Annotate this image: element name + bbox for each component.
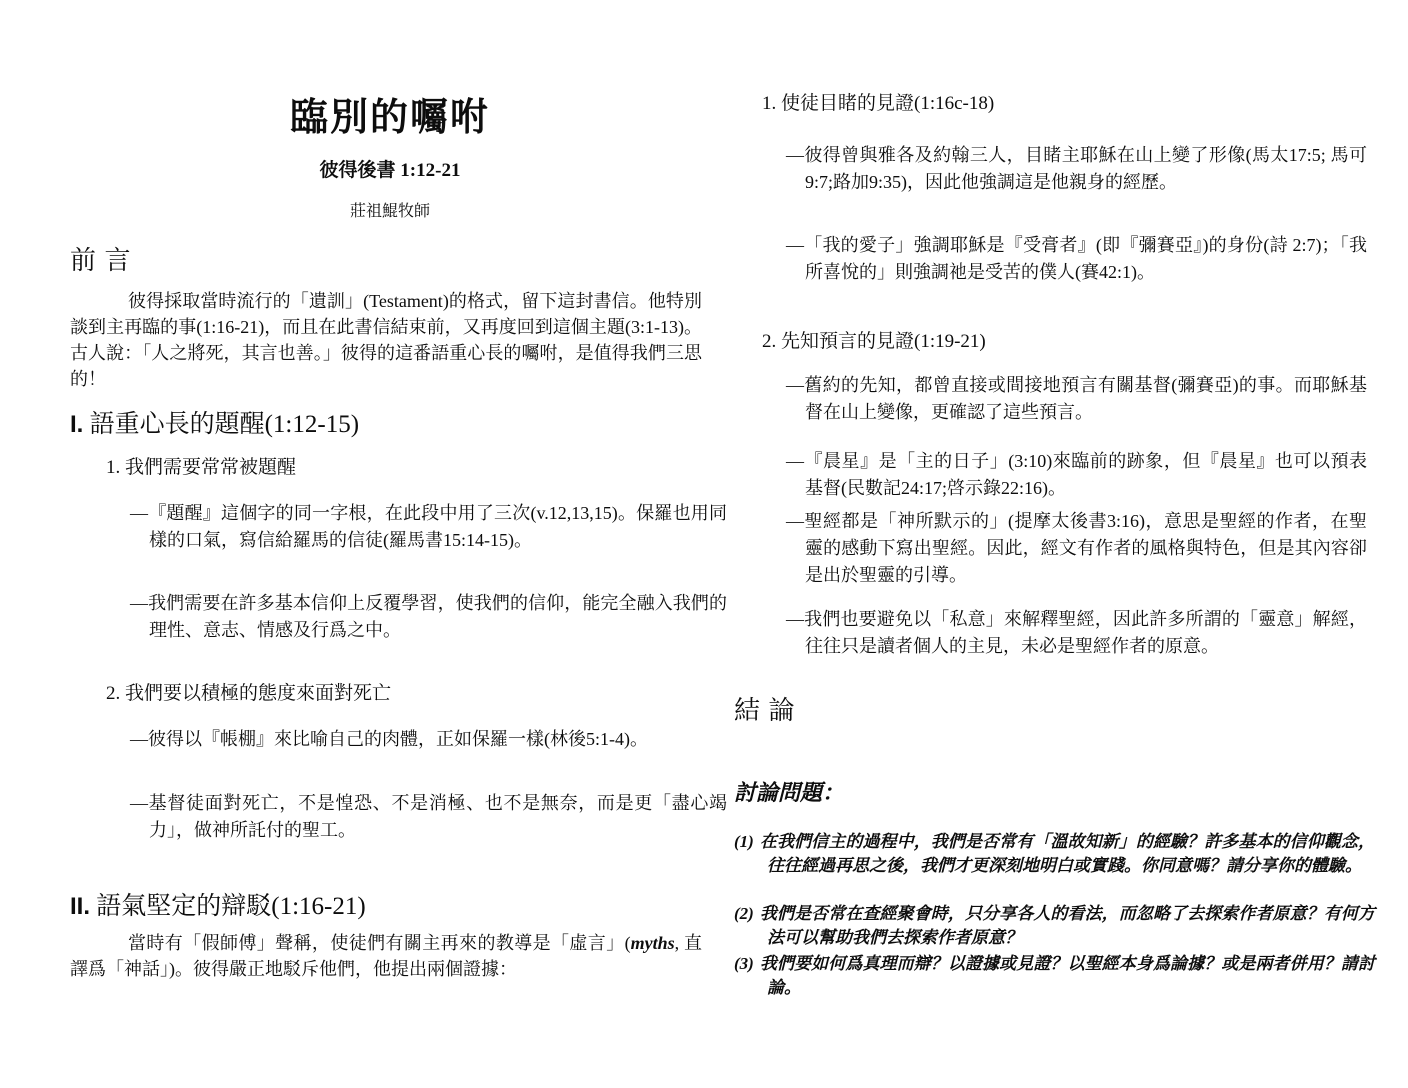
bullet-item: —舊約的先知，都曾直接或間接地預言有關基督(彌賽亞)的事。而耶穌基督在山上變像，… bbox=[786, 372, 1367, 426]
bullet-item: —『晨星』是「主的日子」(3:10)來臨前的跡象，但『晨星』也可以預表基督(民數… bbox=[786, 448, 1367, 502]
paragraph-text: 當時有「假師傅」聲稱，使徒們有關主再來的教導是「虛言」( bbox=[128, 933, 631, 953]
bullet-item: —「我的愛子」強調耶穌是『受膏者』(即『彌賽亞』)的身份(詩 2:7)；「我所喜… bbox=[786, 232, 1367, 286]
section-2-paragraph: 當時有「假師傅」聲稱，使徒們有關主再來的教導是「虛言」(myths, 直譯爲「神… bbox=[70, 930, 702, 982]
bullet-item: —基督徒面對死亡，不是惶恐、不是消極、也不是無奈，而是更「盡心竭力」，做神所託付… bbox=[130, 790, 727, 844]
bullet-item: —『題醒』這個字的同一字根，在此段中用了三次(v.12,13,15)。保羅也用同… bbox=[130, 500, 727, 554]
question-text: 我們是否常在查經聚會時，只分享各人的看法，而忽略了去探索作者原意？有何方法可以幫… bbox=[760, 904, 1375, 947]
question-text: 我們要如何爲真理而辯？以證據或見證？以聖經本身爲論據？或是兩者併用？請討論。 bbox=[760, 954, 1375, 997]
point-2-1-heading: 1. 使徒目睹的見證(1:16c-18) bbox=[762, 88, 1352, 115]
page-title: 臨別的囑咐 bbox=[70, 86, 710, 141]
section-2-numeral: II. bbox=[70, 893, 90, 920]
section-1-heading: I. 語重心長的題醒(1:12-15) bbox=[70, 404, 710, 440]
point-1-2-heading: 2. 我們要以積極的態度來面對死亡 bbox=[106, 678, 706, 705]
question-number: (2) bbox=[734, 904, 760, 923]
point-2-2-heading: 2. 先知預言的見證(1:19-21) bbox=[762, 326, 1352, 353]
foreword-heading: 前 言 bbox=[70, 240, 710, 277]
scripture-reference: 彼得後書 1:12-21 bbox=[70, 155, 710, 182]
author-name: 莊祖鯤牧師 bbox=[70, 198, 710, 221]
bullet-item: —聖經都是「神所默示的」(提摩太後書3:16)，意思是聖經的作者，在聖靈的感動下… bbox=[786, 508, 1367, 589]
section-1-numeral: I. bbox=[70, 411, 83, 438]
bullet-item: —我們也要避免以「私意」來解釋聖經，因此許多所謂的「靈意」解經，往往只是讀者個人… bbox=[786, 606, 1367, 660]
section-2-title: 語氣堅定的辯駁(1:16-21) bbox=[96, 893, 365, 920]
foreword-paragraph: 彼得採取當時流行的「遺訓」(Testament)的格式，留下這封書信。他特別談到… bbox=[70, 288, 702, 392]
bullet-item: —彼得以『帳棚』來比喻自己的肉體，正如保羅一樣(林後5:1-4)。 bbox=[130, 726, 727, 753]
document-page: 臨別的囑咐 彼得後書 1:12-21 莊祖鯤牧師 前 言 彼得採取當時流行的「遺… bbox=[0, 0, 1408, 1088]
bullet-item: —我們需要在許多基本信仰上反覆學習，使我們的信仰，能完全融入我們的理性、意志、情… bbox=[130, 590, 727, 644]
question-number: (1) bbox=[734, 832, 760, 851]
section-1-title: 語重心長的題醒(1:12-15) bbox=[90, 411, 359, 438]
point-1-1-heading: 1. 我們需要常常被題醒 bbox=[106, 452, 706, 479]
question-text: 在我們信主的過程中，我們是否常有「溫故知新」的經驗？許多基本的信仰觀念，往往經過… bbox=[760, 832, 1375, 875]
bullet-item: —彼得曾與雅各及約翰三人，目睹主耶穌在山上變了形像(馬太17:5; 馬可9:7;… bbox=[786, 142, 1367, 196]
myths-italic-term: myths bbox=[631, 933, 675, 953]
discussion-questions-heading: 討論問題： bbox=[734, 776, 1348, 807]
question-item: (1)在我們信主的過程中，我們是否常有「溫故知新」的經驗？許多基本的信仰觀念，往… bbox=[734, 830, 1375, 878]
conclusion-heading: 結 論 bbox=[734, 690, 1348, 727]
question-item: (3)我們要如何爲真理而辯？以證據或見證？以聖經本身爲論據？或是兩者併用？請討論… bbox=[734, 952, 1375, 1000]
question-item: (2)我們是否常在查經聚會時，只分享各人的看法，而忽略了去探索作者原意？有何方法… bbox=[734, 902, 1375, 950]
question-number: (3) bbox=[734, 954, 760, 973]
section-2-heading: II. 語氣堅定的辯駁(1:16-21) bbox=[70, 886, 710, 922]
